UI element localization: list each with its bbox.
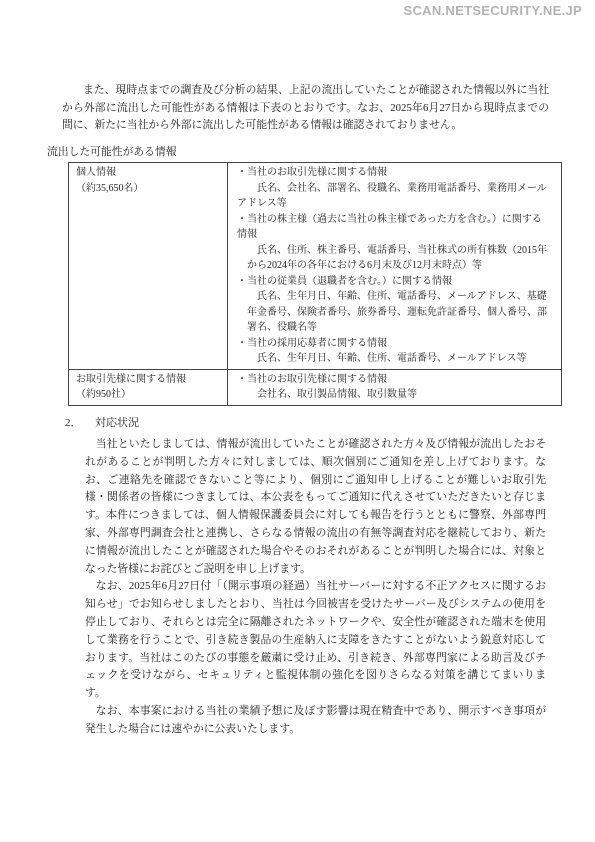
section-number: 2． [65, 415, 95, 433]
document-page: SCAN.NETSECURITY.NE.JP また、現時点までの調査及び分析の結… [0, 0, 595, 842]
table-caption: 流出した可能性がある情報 [47, 144, 177, 162]
section-body: 当社といたしましては、情報が流出していたことが確認された方々及び情報が流出したお… [85, 436, 546, 739]
site-watermark: SCAN.NETSECURITY.NE.JP [403, 3, 582, 18]
leaked-info-table: 個人情報 （約35,650名） ・当社のお取引先様に関する情報 氏名、会社名、部… [68, 162, 562, 406]
section-heading: 2．対応状況 [65, 415, 139, 433]
response-paragraph-1: 当社といたしましては、情報が流出していたことが確認された方々及び情報が流出したお… [85, 436, 546, 578]
section-title: 対応状況 [95, 417, 139, 429]
category-cell-business-partners: お取引先様に関する情報 （約950社） [69, 369, 228, 405]
details-cell-business-partners: ・当社のお取引先様に関する情報 会社名、取引製品情報、取引数量等 [228, 369, 562, 405]
response-paragraph-3: なお、本事案における当社の業績予想に及ぼす影響は現在精査中であり、開示すべき事項… [85, 703, 546, 739]
category-cell-personal-info: 個人情報 （約35,650名） [69, 163, 228, 370]
table-row-business-partners: お取引先様に関する情報 （約950社） ・当社のお取引先様に関する情報 会社名、… [69, 369, 562, 405]
table-row-personal-info: 個人情報 （約35,650名） ・当社のお取引先様に関する情報 氏名、会社名、部… [69, 163, 562, 370]
intro-paragraph: また、現時点までの調査及び分析の結果、上記の流出していたことが確認された情報以外… [62, 82, 549, 135]
details-cell-personal-info: ・当社のお取引先様に関する情報 氏名、会社名、部署名、役職名、業務用電話番号、業… [228, 163, 562, 370]
response-paragraph-2: なお、2025年6月27日付「（開示事項の経過）当社サーバーに対する不正アクセス… [85, 578, 546, 703]
